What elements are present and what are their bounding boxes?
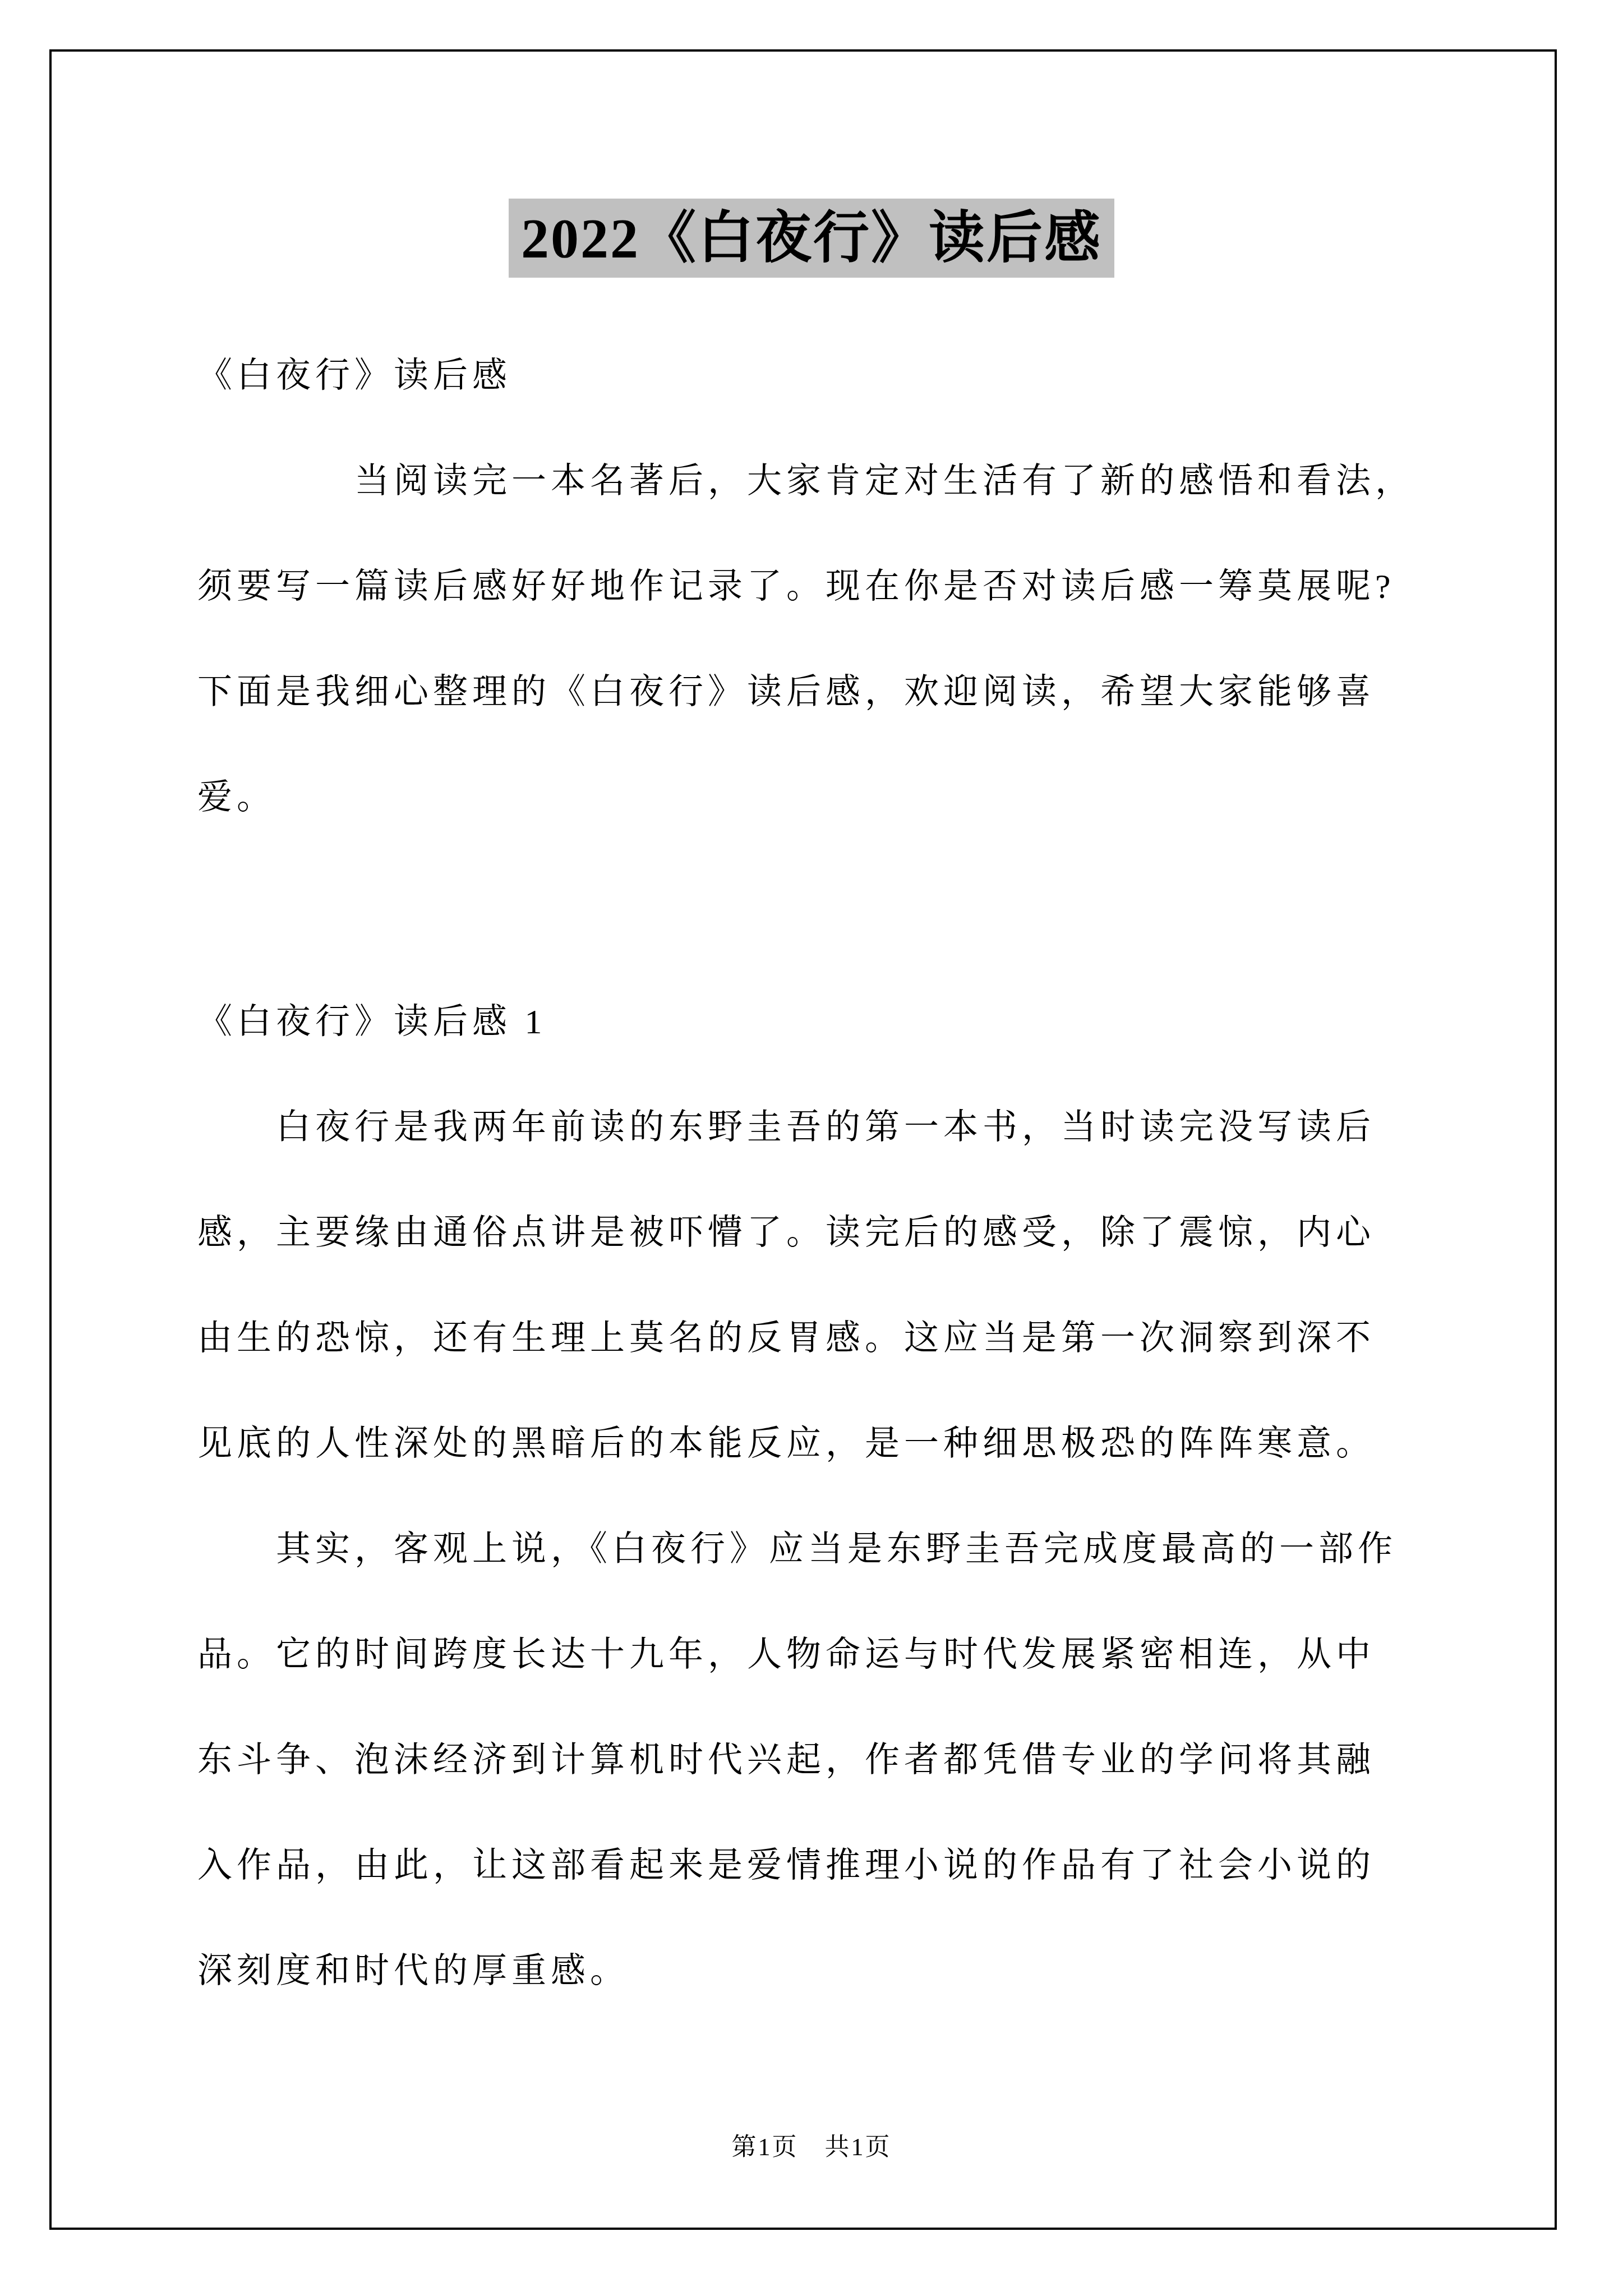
title-row: 2022《白夜行》读后感 [0, 199, 1623, 278]
text-line: 下面是我细心整理的《白夜行》读后感，欢迎阅读，希望大家能够喜 [197, 639, 1426, 745]
text-line: 《白夜行》读后感 [197, 323, 1426, 429]
text-line: 白夜行是我两年前读的东野圭吾的第一本书，当时读完没写读后 [197, 1075, 1426, 1180]
document-page: 2022《白夜行》读后感 《白夜行》读后感当阅读完一本名著后，大家肯定对生活有了… [0, 0, 1623, 2296]
page-number-label: 第1页 共1页 [732, 2133, 892, 2161]
paragraph: 其实，客观上说，《白夜行》应当是东野圭吾完成度最高的一部作品。它的时间跨度长达十… [197, 1497, 1426, 2024]
paragraph: 《白夜行》读后感 1 [197, 969, 1426, 1075]
text-line: 由生的恐惊，还有生理上莫名的反胃感。这应当是第一次洞察到深不 [197, 1286, 1426, 1391]
document-body: 《白夜行》读后感当阅读完一本名著后，大家肯定对生活有了新的感悟和看法，须要写一篇… [197, 323, 1426, 2024]
paragraph: 白夜行是我两年前读的东野圭吾的第一本书，当时读完没写读后感，主要缘由通俗点讲是被… [197, 1075, 1426, 1497]
text-line: 须要写一篇读后感好好地作记录了。现在你是否对读后感一筹莫展呢? [197, 534, 1426, 639]
text-line: 入作品，由此，让这部看起来是爱情推理小说的作品有了社会小说的 [197, 1813, 1426, 1918]
document-title: 2022《白夜行》读后感 [509, 199, 1114, 278]
text-line: 当阅读完一本名著后，大家肯定对生活有了新的感悟和看法， [197, 429, 1426, 534]
text-line: 感，主要缘由通俗点讲是被吓懵了。读完后的感受，除了震惊，内心 [197, 1180, 1426, 1286]
paragraph: 《白夜行》读后感 [197, 323, 1426, 429]
text-line: 爱。 [197, 745, 1426, 850]
text-line: 其实，客观上说，《白夜行》应当是东野圭吾完成度最高的一部作 [197, 1497, 1426, 1602]
text-line: 东斗争、泡沫经济到计算机时代兴起，作者都凭借专业的学问将其融 [197, 1708, 1426, 1813]
text-line: 见底的人性深处的黑暗后的本能反应，是一种细思极恐的阵阵寒意。 [197, 1391, 1426, 1497]
text-line: 品。它的时间跨度长达十九年，人物命运与时代发展紧密相连，从中 [197, 1602, 1426, 1708]
text-line: 深刻度和时代的厚重感。 [197, 1918, 1426, 2024]
page-footer: 第1页 共1页 [0, 2125, 1623, 2170]
paragraph: 当阅读完一本名著后，大家肯定对生活有了新的感悟和看法，须要写一篇读后感好好地作记… [197, 429, 1426, 850]
text-line: 《白夜行》读后感 1 [197, 969, 1426, 1075]
